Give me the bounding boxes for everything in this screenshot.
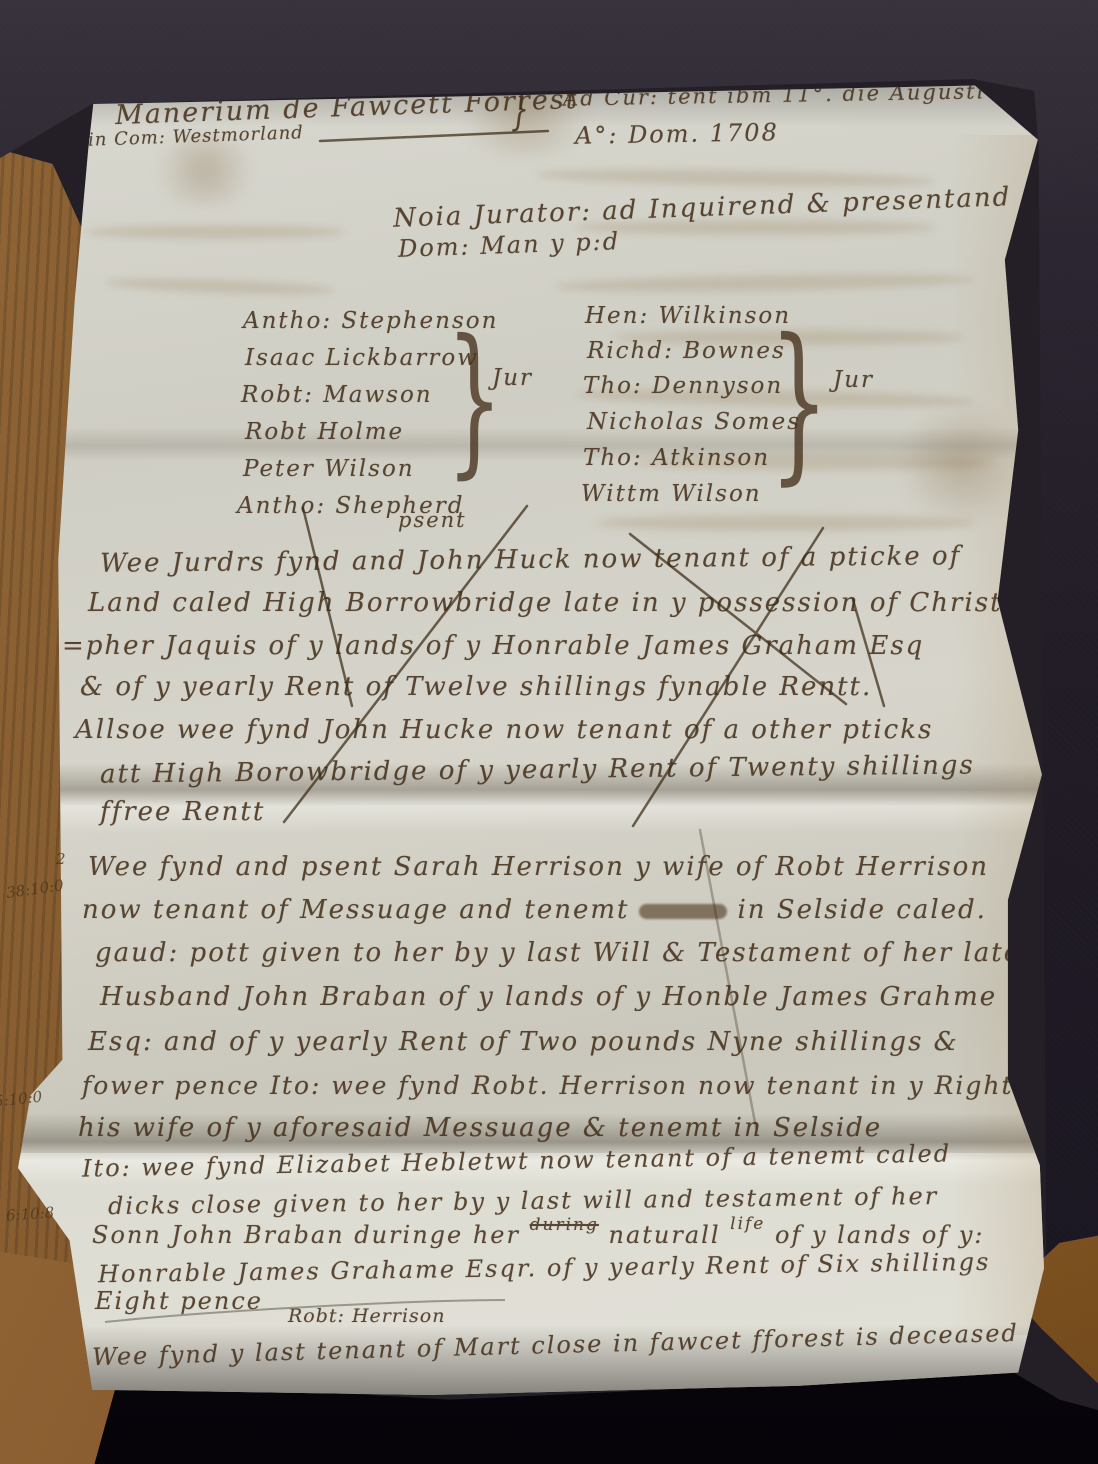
inserted-word-present: psent — [398, 508, 467, 532]
bleedthrough-mark — [555, 271, 975, 294]
para4-line3a: Sonn John Braban duringe her — [92, 1221, 520, 1249]
para1-line4: & of y yearly Rent of Twelve shillings f… — [80, 672, 872, 702]
jury-title-line2: Dom: Man y p:d — [398, 227, 621, 263]
struck-word-during: during — [530, 1215, 599, 1235]
para1-line2: Land caled High Borrowbridge late in y p… — [88, 588, 1031, 618]
juror-name: Richd: Bownes — [587, 338, 786, 364]
para4-line3c: of y lands of y: — [775, 1221, 985, 1249]
court-date-line2: A°: Dom. 1708 — [575, 118, 779, 150]
juror-name: Tho: Atkinson — [583, 445, 770, 471]
juror-name: Robt Holme — [245, 419, 404, 445]
para4-line3b: naturall — [609, 1221, 721, 1249]
ink-blot-deletion — [639, 904, 727, 919]
juror-brace-left: } — [446, 293, 503, 508]
stain — [895, 405, 1025, 525]
margin-note-1: 2 — [56, 850, 66, 868]
margin-note-4: 6:10:8 — [5, 1203, 54, 1224]
juror-name: Wittm Wilson — [581, 481, 762, 507]
juror-name: Tho: Dennyson — [583, 373, 783, 399]
para4-line5: Eight pence — [95, 1287, 263, 1315]
bleedthrough-mark — [85, 225, 345, 239]
photograph-of-manuscript: Manerium de Fawcett Forrest } in Com: We… — [0, 0, 1098, 1464]
juror-name: Robt: Mawson — [241, 382, 433, 408]
para1-line3: =pher Jaquis of y lands of y Honrable Ja… — [62, 631, 924, 661]
inserted-word-life: life — [730, 1214, 765, 1234]
jur-label-right: Jur — [833, 367, 874, 393]
juror-name: Peter Wilson — [243, 456, 415, 482]
jur-label-left: Jur — [492, 365, 533, 391]
inserted-name-robt-herrison: Robt: Herrison — [288, 1305, 445, 1327]
juror-brace-right: } — [769, 290, 828, 515]
para3-line2b: in Selside caled. — [737, 895, 986, 925]
bleedthrough-mark — [105, 276, 335, 297]
manuscript-page: Manerium de Fawcett Forrest } in Com: We… — [15, 75, 1045, 1395]
para2-line3: ffree Rentt — [100, 797, 265, 827]
para3-line6: fower pence Ito: wee fynd Robt. Herrison… — [82, 1071, 1052, 1100]
paper-edge-discoloration — [950, 135, 1045, 1335]
para1-line1: Wee Jurdrs fynd and John Huck now tenant… — [100, 541, 962, 579]
juror-name: Isaac Lickbarrow — [245, 345, 479, 371]
para2-line1: Allsoe wee fynd John Hucke now tenant of… — [75, 715, 933, 745]
para4-line3: Sonn John Braban duringe her during natu… — [92, 1221, 985, 1249]
para3-line5: Esq: and of y yearly Rent of Two pounds … — [88, 1027, 959, 1057]
para3-line2a: now tenant of Messuage and tenemt — [82, 895, 629, 925]
heading-brace: } — [511, 81, 530, 135]
bleedthrough-mark — [595, 515, 975, 531]
para3-line7: his wife of y aforesaid Messuage & tenem… — [78, 1113, 882, 1143]
para3-line1: Wee fynd and psent Sarah Herrison y wife… — [88, 852, 989, 882]
juror-name: Hen: Wilkinson — [585, 303, 791, 329]
para3-line3: gaud: pott given to her by y last Will &… — [95, 938, 1021, 968]
margin-note-2: 38:10:0 — [5, 876, 65, 902]
para3-line4: Husband John Braban of y lands of y Honb… — [100, 982, 997, 1012]
para3-line2: now tenant of Messuage and tenemtin Sels… — [82, 895, 987, 925]
